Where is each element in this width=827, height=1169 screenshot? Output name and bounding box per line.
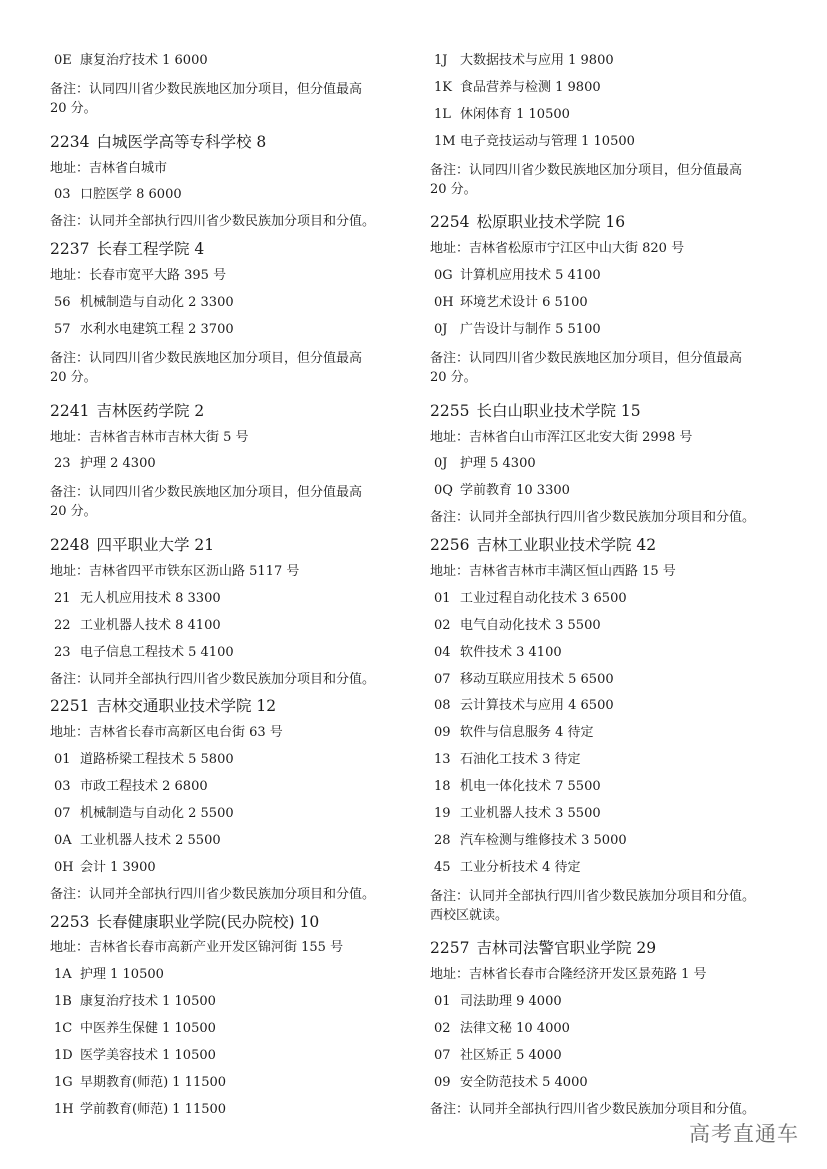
major-code: 23 (54, 451, 76, 478)
major-info: 机电一体化技术 7 5500 (460, 779, 601, 794)
major-row: 13石油化工技术 3 待定 (430, 747, 805, 774)
major-row: 1A护理 1 10500 (50, 962, 418, 989)
major-code: 56 (54, 290, 76, 317)
major-row: 1D医学美容技术 1 10500 (50, 1043, 418, 1070)
major-code: 45 (434, 855, 456, 882)
major-info: 康复治疗技术 1 6000 (80, 53, 208, 68)
school-address: 地址：吉林省白城市 (50, 156, 418, 183)
major-row: 22工业机器人技术 8 4100 (50, 613, 418, 640)
major-row: 09软件与信息服务 4 待定 (430, 720, 805, 747)
major-row: 07社区矫正 5 4000 (430, 1043, 805, 1070)
school-code: 2257 (430, 939, 469, 957)
major-code: 0J (434, 317, 456, 344)
school-code: 2237 (50, 240, 89, 258)
major-code: 07 (54, 801, 76, 828)
school-code: 2256 (430, 536, 469, 554)
major-row: 19工业机器人技术 3 5500 (430, 801, 805, 828)
major-info: 环境艺术设计 6 5100 (460, 295, 588, 310)
major-row: 0H环境艺术设计 6 5100 (430, 290, 805, 317)
major-info: 工业机器人技术 3 5500 (460, 806, 601, 821)
major-code: 07 (434, 1043, 456, 1070)
major-info: 学前教育(师范) 1 11500 (80, 1102, 226, 1117)
major-row: 0E康复治疗技术 1 6000 (50, 48, 418, 75)
major-code: 04 (434, 640, 456, 667)
remark-note: 备注：认同四川省少数民族地区加分项目，但分值最高 (430, 344, 805, 368)
major-info: 社区矫正 5 4000 (460, 1048, 562, 1063)
major-info: 会计 1 3900 (80, 860, 156, 875)
remark-note: 备注：认同并全部执行四川省少数民族加分项目和分值。 (430, 505, 805, 532)
major-info: 工业分析技术 4 待定 (460, 860, 581, 875)
major-info: 软件与信息服务 4 待定 (460, 725, 594, 740)
school-code: 2234 (50, 133, 89, 151)
major-code: 23 (54, 640, 76, 667)
major-info: 市政工程技术 2 6800 (80, 779, 208, 794)
school-address: 地址：吉林省松原市宁江区中山大街 820 号 (430, 236, 805, 263)
major-info: 广告设计与制作 5 5100 (460, 322, 601, 337)
major-info: 大数据技术与应用 1 9800 (460, 53, 614, 68)
remark-note: 备注：认同四川省少数民族地区加分项目，但分值最高 (430, 156, 805, 180)
remark-note-continuation: 20 分。 (50, 368, 418, 388)
school-heading: 2234白城医学高等专科学校 8 (50, 129, 418, 156)
major-row: 0J广告设计与制作 5 5100 (430, 317, 805, 344)
major-info: 工业过程自动化技术 3 6500 (460, 591, 627, 606)
major-code: 02 (434, 1016, 456, 1043)
major-info: 早期教育(师范) 1 11500 (80, 1075, 226, 1090)
major-code: 0H (434, 290, 456, 317)
major-code: 1H (54, 1097, 76, 1124)
school-heading: 2255长白山职业技术学院 15 (430, 398, 805, 425)
major-info: 石油化工技术 3 待定 (460, 752, 581, 767)
major-code: 03 (54, 774, 76, 801)
major-code: 18 (434, 774, 456, 801)
major-row: 1L休闲体育 1 10500 (430, 102, 805, 129)
major-code: 09 (434, 720, 456, 747)
remark-note: 备注：认同并全部执行四川省少数民族加分项目和分值。 (50, 667, 418, 694)
school-name: 吉林交通职业技术学院 12 (96, 697, 276, 715)
school-address: 地址：吉林省四平市铁东区沥山路 5117 号 (50, 559, 418, 586)
major-code: 1K (434, 75, 456, 102)
major-code: 22 (54, 613, 76, 640)
school-code: 2254 (430, 213, 469, 231)
school-heading: 2254松原职业技术学院 16 (430, 209, 805, 236)
major-row: 1M电子竞技运动与管理 1 10500 (430, 129, 805, 156)
school-name: 长春健康职业学院(民办院校) 10 (96, 913, 319, 931)
school-name: 吉林司法警官职业学院 29 (476, 939, 656, 957)
major-row: 04软件技术 3 4100 (430, 640, 805, 667)
school-code: 2241 (50, 402, 89, 420)
major-info: 休闲体育 1 10500 (460, 107, 570, 122)
school-address: 地址：吉林省长春市合隆经济开发区景苑路 1 号 (430, 962, 805, 989)
major-info: 医学美容技术 1 10500 (80, 1048, 216, 1063)
major-row: 1C中医养生保健 1 10500 (50, 1016, 418, 1043)
major-row: 01道路桥梁工程技术 5 5800 (50, 747, 418, 774)
major-code: 01 (434, 586, 456, 613)
major-code: 1D (54, 1043, 76, 1070)
major-row: 01工业过程自动化技术 3 6500 (430, 586, 805, 613)
watermark: 高考直通车 (689, 1118, 799, 1148)
remark-note: 备注：认同并全部执行四川省少数民族加分项目和分值。 (430, 882, 805, 906)
major-row: 18机电一体化技术 7 5500 (430, 774, 805, 801)
major-info: 工业机器人技术 2 5500 (80, 833, 221, 848)
remark-note: 备注：认同并全部执行四川省少数民族加分项目和分值。 (50, 882, 418, 909)
major-info: 护理 1 10500 (80, 967, 164, 982)
major-row: 0Q学前教育 10 3300 (430, 478, 805, 505)
major-code: 02 (434, 613, 456, 640)
major-code: 0Q (434, 478, 456, 505)
remark-note-continuation: 西校区就读。 (430, 906, 805, 926)
school-heading: 2248四平职业大学 21 (50, 532, 418, 559)
major-info: 云计算技术与应用 4 6500 (460, 698, 614, 713)
major-row: 21无人机应用技术 8 3300 (50, 586, 418, 613)
major-info: 软件技术 3 4100 (460, 645, 562, 660)
left-column: 0E康复治疗技术 1 6000备注：认同四川省少数民族地区加分项目，但分值最高2… (50, 48, 418, 1124)
major-code: 07 (434, 667, 456, 694)
major-code: 19 (434, 801, 456, 828)
major-code: 21 (54, 586, 76, 613)
major-row: 23电子信息工程技术 5 4100 (50, 640, 418, 667)
major-code: 01 (434, 989, 456, 1016)
major-info: 电气自动化技术 3 5500 (460, 618, 601, 633)
major-code: 0J (434, 451, 456, 478)
major-row: 0H会计 1 3900 (50, 855, 418, 882)
major-info: 学前教育 10 3300 (460, 483, 570, 498)
remark-note: 备注：认同四川省少数民族地区加分项目，但分值最高 (50, 75, 418, 99)
major-row: 03市政工程技术 2 6800 (50, 774, 418, 801)
remark-note-continuation: 20 分。 (430, 368, 805, 388)
major-code: 0G (434, 263, 456, 290)
major-row: 01司法助理 9 4000 (430, 989, 805, 1016)
right-column: 1J大数据技术与应用 1 98001K食品营养与检测 1 98001L休闲体育 … (430, 48, 805, 1124)
major-row: 07移动互联应用技术 5 6500 (430, 667, 805, 694)
school-name: 吉林工业职业技术学院 42 (476, 536, 656, 554)
school-heading: 2256吉林工业职业技术学院 42 (430, 532, 805, 559)
major-row: 0G计算机应用技术 5 4100 (430, 263, 805, 290)
major-info: 机械制造与自动化 2 5500 (80, 806, 234, 821)
school-heading: 2237长春工程学院 4 (50, 236, 418, 263)
major-info: 法律文秘 10 4000 (460, 1021, 570, 1036)
remark-note-continuation: 20 分。 (50, 502, 418, 522)
major-info: 机械制造与自动化 2 3300 (80, 295, 234, 310)
major-row: 56机械制造与自动化 2 3300 (50, 290, 418, 317)
remark-note: 备注：认同四川省少数民族地区加分项目，但分值最高 (50, 478, 418, 502)
major-info: 计算机应用技术 5 4100 (460, 268, 601, 283)
major-code: 01 (54, 747, 76, 774)
major-info: 水利水电建筑工程 2 3700 (80, 322, 234, 337)
remark-note-continuation: 20 分。 (50, 99, 418, 119)
major-code: 1C (54, 1016, 76, 1043)
school-name: 四平职业大学 21 (96, 536, 214, 554)
major-info: 移动互联应用技术 5 6500 (460, 672, 614, 687)
major-info: 工业机器人技术 8 4100 (80, 618, 221, 633)
major-row: 1H学前教育(师范) 1 11500 (50, 1097, 418, 1124)
major-code: 0E (54, 48, 76, 75)
school-address: 地址：吉林省白山市浑江区北安大街 2998 号 (430, 425, 805, 452)
major-row: 1B康复治疗技术 1 10500 (50, 989, 418, 1016)
school-code: 2253 (50, 913, 89, 931)
major-row: 07机械制造与自动化 2 5500 (50, 801, 418, 828)
major-row: 28汽车检测与维修技术 3 5000 (430, 828, 805, 855)
major-row: 45工业分析技术 4 待定 (430, 855, 805, 882)
major-code: 1L (434, 102, 456, 129)
remark-note-continuation: 20 分。 (430, 180, 805, 200)
major-code: 0H (54, 855, 76, 882)
major-row: 1K食品营养与检测 1 9800 (430, 75, 805, 102)
major-code: 1M (434, 129, 456, 156)
major-code: 1B (54, 989, 76, 1016)
school-name: 长春工程学院 4 (96, 240, 204, 258)
school-address: 地址：吉林省长春市高新区电台街 63 号 (50, 720, 418, 747)
school-heading: 2253长春健康职业学院(民办院校) 10 (50, 909, 418, 936)
major-row: 1G早期教育(师范) 1 11500 (50, 1070, 418, 1097)
major-code: 28 (434, 828, 456, 855)
school-code: 2255 (430, 402, 469, 420)
school-address: 地址：吉林省吉林市丰满区恒山西路 15 号 (430, 559, 805, 586)
school-heading: 2251吉林交通职业技术学院 12 (50, 693, 418, 720)
school-address: 地址：吉林省长春市高新产业开发区锦河街 155 号 (50, 935, 418, 962)
major-info: 中医养生保健 1 10500 (80, 1021, 216, 1036)
major-code: 57 (54, 317, 76, 344)
major-info: 电子信息工程技术 5 4100 (80, 645, 234, 660)
major-code: 1J (434, 48, 456, 75)
school-name: 松原职业技术学院 16 (476, 213, 625, 231)
major-info: 道路桥梁工程技术 5 5800 (80, 752, 234, 767)
major-row: 08云计算技术与应用 4 6500 (430, 693, 805, 720)
school-name: 长白山职业技术学院 15 (476, 402, 640, 420)
major-row: 03口腔医学 8 6000 (50, 182, 418, 209)
school-address: 地址：长春市宽平大路 395 号 (50, 263, 418, 290)
major-info: 康复治疗技术 1 10500 (80, 994, 216, 1009)
school-heading: 2241吉林医药学院 2 (50, 398, 418, 425)
major-info: 无人机应用技术 8 3300 (80, 591, 221, 606)
major-info: 安全防范技术 5 4000 (460, 1075, 588, 1090)
major-code: 1G (54, 1070, 76, 1097)
major-info: 电子竞技运动与管理 1 10500 (460, 134, 635, 149)
school-name: 白城医学高等专科学校 8 (96, 133, 266, 151)
major-code: 03 (54, 182, 76, 209)
major-info: 食品营养与检测 1 9800 (460, 80, 601, 95)
major-info: 汽车检测与维修技术 3 5000 (460, 833, 627, 848)
major-info: 口腔医学 8 6000 (80, 187, 182, 202)
major-row: 09安全防范技术 5 4000 (430, 1070, 805, 1097)
major-info: 护理 5 4300 (460, 456, 536, 471)
major-row: 1J大数据技术与应用 1 9800 (430, 48, 805, 75)
major-info: 司法助理 9 4000 (460, 994, 562, 1009)
school-heading: 2257吉林司法警官职业学院 29 (430, 935, 805, 962)
major-info: 护理 2 4300 (80, 456, 156, 471)
school-address: 地址：吉林省吉林市吉林大街 5 号 (50, 425, 418, 452)
major-row: 23护理 2 4300 (50, 451, 418, 478)
major-code: 1A (54, 962, 76, 989)
major-code: 0A (54, 828, 76, 855)
school-code: 2251 (50, 697, 89, 715)
remark-note: 备注：认同四川省少数民族地区加分项目，但分值最高 (50, 344, 418, 368)
major-code: 08 (434, 693, 456, 720)
major-row: 0J护理 5 4300 (430, 451, 805, 478)
major-row: 02电气自动化技术 3 5500 (430, 613, 805, 640)
school-code: 2248 (50, 536, 89, 554)
major-row: 0A工业机器人技术 2 5500 (50, 828, 418, 855)
major-row: 02法律文秘 10 4000 (430, 1016, 805, 1043)
school-name: 吉林医药学院 2 (96, 402, 204, 420)
remark-note: 备注：认同并全部执行四川省少数民族加分项目和分值。 (50, 209, 418, 236)
major-code: 13 (434, 747, 456, 774)
major-code: 09 (434, 1070, 456, 1097)
major-row: 57水利水电建筑工程 2 3700 (50, 317, 418, 344)
